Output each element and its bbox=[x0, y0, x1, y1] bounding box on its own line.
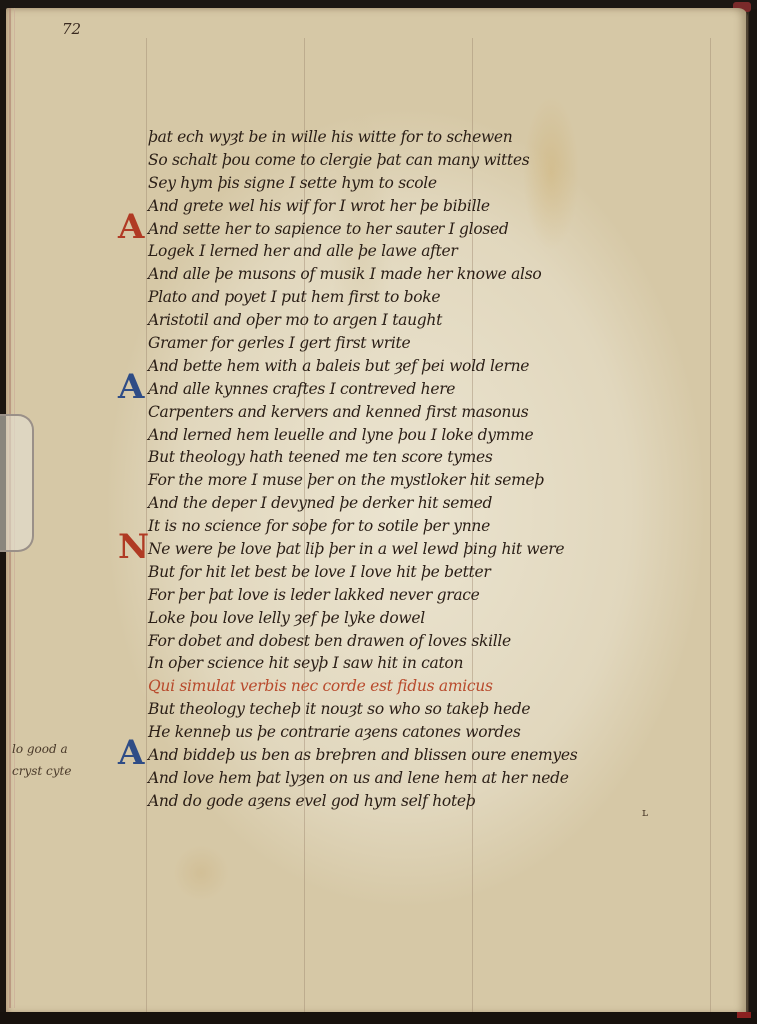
decorated-initial-red: N bbox=[118, 530, 149, 564]
text-line: And alle kynnes craftes I contreved here bbox=[148, 378, 708, 401]
ruling-line-right bbox=[710, 38, 711, 1018]
text-line: He kenneþ us þe contrarie aȝens catones … bbox=[148, 721, 708, 744]
small-mark: ʟ bbox=[642, 806, 648, 819]
text-line: And grete wel his wif for I wrot her þe … bbox=[148, 195, 708, 218]
text-line: In oþer science hit seyþ I saw hit in ca… bbox=[148, 652, 708, 675]
text-line: And bette hem with a baleis but ȝef þei … bbox=[148, 355, 708, 378]
decorated-initial-red: A bbox=[118, 210, 144, 244]
margin-note-line-2: cryst cyte bbox=[12, 760, 71, 782]
text-line: And biddeþ us ben as breþren and blissen… bbox=[148, 744, 708, 767]
text-line: And love hem þat lyȝen on us and lene he… bbox=[148, 767, 708, 790]
rubric-line: Qui simulat verbis nec corde est fidus a… bbox=[148, 675, 708, 698]
text-line: So schalt þou come to clergie þat can ma… bbox=[148, 149, 708, 172]
text-line: And do gode aȝens evel god hym self hote… bbox=[148, 790, 708, 813]
text-line: Ne were þe love þat liþ þer in a wel lew… bbox=[148, 538, 708, 561]
binding-red-corner-bottom bbox=[737, 1012, 751, 1018]
text-line: And alle þe musons of musik I made her k… bbox=[148, 263, 708, 286]
text-line: Loke þou love lelly ȝef þe lyke dowel bbox=[148, 607, 708, 630]
text-line: Sey hym þis signe I sette hym to scole bbox=[148, 172, 708, 195]
text-line: And sette her to sapience to her sauter … bbox=[148, 218, 708, 241]
decorated-initial-blue: A bbox=[118, 736, 144, 770]
manuscript-text-block: þat ech wyȝt be in wille his witte for t… bbox=[148, 126, 708, 813]
folio-number: 72 bbox=[62, 20, 81, 38]
marginal-annotation: lo good a cryst cyte bbox=[12, 738, 71, 782]
text-line: It is no science for soþe for to sotile … bbox=[148, 515, 708, 538]
text-line: For the more I muse þer on the mystloker… bbox=[148, 469, 708, 492]
book-bottom-edge bbox=[0, 1012, 757, 1024]
text-line: But for hit let best be love I love hit … bbox=[148, 561, 708, 584]
text-line: And lerned hem leuelle and lyne þou I lo… bbox=[148, 424, 708, 447]
text-line: But theology techeþ it nouȝt so who so t… bbox=[148, 698, 708, 721]
text-line: Carpenters and kervers and kenned first … bbox=[148, 401, 708, 424]
margin-note-line-1: lo good a bbox=[12, 738, 71, 760]
page-right-edge bbox=[746, 12, 749, 1012]
text-line: Logek I lerned her and alle þe lawe afte… bbox=[148, 240, 708, 263]
text-line: But theology hath teened me ten score ty… bbox=[148, 446, 708, 469]
text-line: Gramer for gerles I gert first write bbox=[148, 332, 708, 355]
page-tab-marker[interactable] bbox=[0, 414, 34, 552]
decorated-initial-blue: A bbox=[118, 370, 144, 404]
text-line: For dobet and dobest ben drawen of loves… bbox=[148, 630, 708, 653]
text-line: For þer þat love is leder lakked never g… bbox=[148, 584, 708, 607]
text-line: þat ech wyȝt be in wille his witte for t… bbox=[148, 126, 708, 149]
text-line: Aristotil and oþer mo to argen I taught bbox=[148, 309, 708, 332]
text-line: And the deper I devyned þe derker hit se… bbox=[148, 492, 708, 515]
text-line: Plato and poyet I put hem first to boke bbox=[148, 286, 708, 309]
